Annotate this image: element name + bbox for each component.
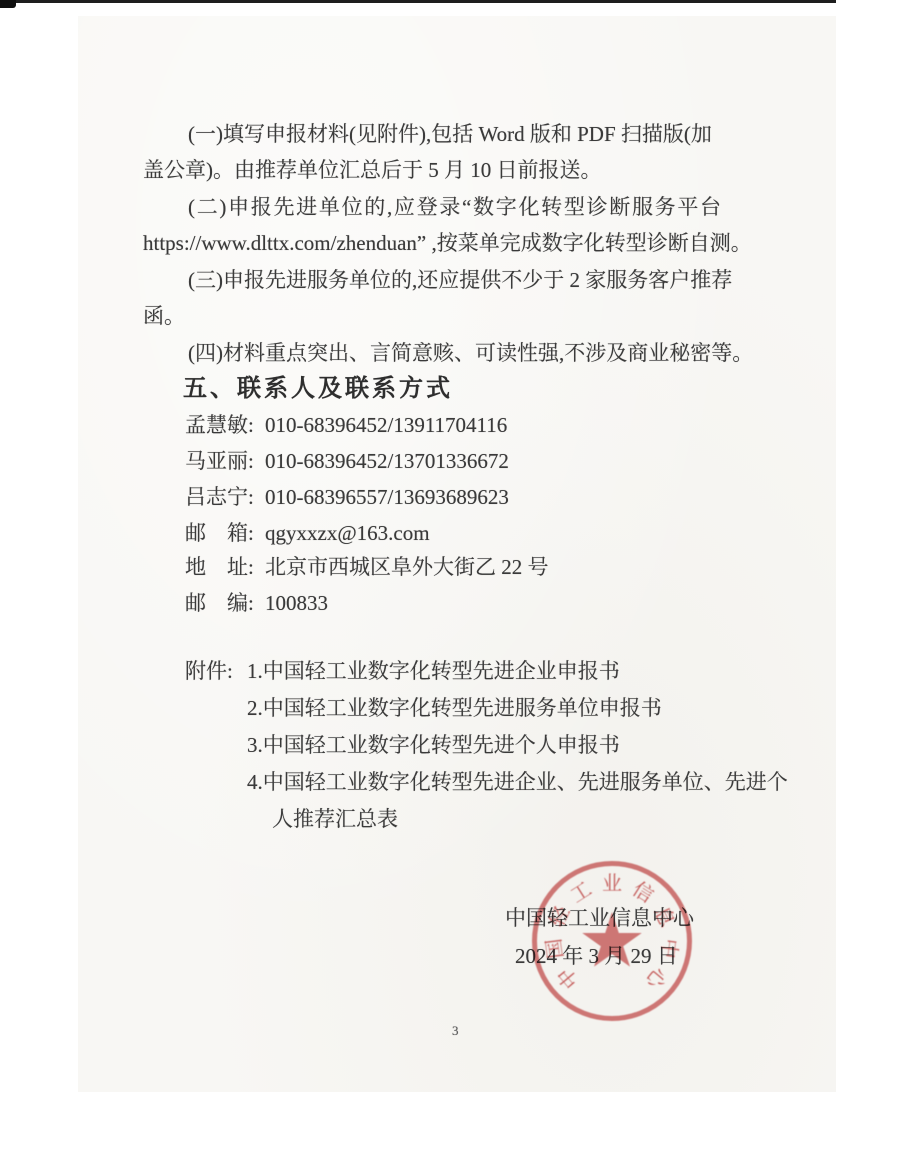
contact-line: 马亚丽:010-68396452/13701336672 (185, 448, 509, 474)
attachments-label: 附件: (185, 658, 233, 684)
attachment-item-4-line-1: 4.中国轻工业数字化转型先进企业、先进服务单位、先进个 (247, 769, 788, 795)
contact-line-address: 地 址:北京市西城区阜外大街乙 22 号 (185, 554, 549, 580)
scan-artifact-top-bar (0, 0, 836, 3)
seal-arc-char: 中 (656, 936, 681, 961)
contact-line-email: 邮 箱:qgyxxzx@163.com (185, 520, 430, 546)
seal-arc-char: 国 (543, 936, 568, 961)
attachment-item-4-line-2: 人推荐汇总表 (272, 806, 398, 832)
contact-line: 孟慧敏:010-68396452/13911704116 (185, 412, 507, 438)
seal-arc-char: 业 (601, 873, 623, 895)
para-4: (四)材料重点突出、言简意赅、可读性强,不涉及商业秘密等。 (188, 340, 753, 366)
contact-line-postcode: 邮 编:100833 (185, 590, 328, 616)
page-number: 3 (452, 1018, 459, 1044)
contact-name: 孟慧敏: (185, 412, 265, 438)
scanned-document-page: (一)填写申报材料(见附件),包括 Word 版和 PDF 扫描版(加 盖公章)… (0, 0, 912, 1152)
contact-line: 吕志宁:010-68396557/13693689623 (185, 484, 509, 510)
postcode-label: 邮 编: (185, 590, 265, 616)
para-3-line-1: (三)申报先进服务单位的,还应提供不少于 2 家服务客户推荐 (188, 267, 732, 293)
para-3-line-2: 函。 (143, 303, 185, 329)
contact-name: 吕志宁: (185, 484, 265, 510)
para-2-line-2-url: https://www.dlttx.com/zhenduan” ,按菜单完成数字… (143, 230, 752, 256)
scan-artifact-corner-blob (0, 0, 16, 8)
para-2-line-1: (二)申报先进单位的,应登录“数字化转型诊断服务平台 (188, 194, 723, 220)
attachment-item-3: 3.中国轻工业数字化转型先进个人申报书 (247, 732, 620, 758)
contact-name: 马亚丽: (185, 448, 265, 474)
contact-phone: 010-68396452/13701336672 (265, 449, 509, 473)
contact-phone: 010-68396452/13911704116 (265, 413, 507, 437)
official-red-seal: 中国轻工业信息中心 (532, 861, 692, 1021)
address-value: 北京市西城区阜外大街乙 22 号 (265, 555, 549, 579)
email-label: 邮 箱: (185, 520, 265, 546)
address-label: 地 址: (185, 554, 265, 580)
email-value: qgyxxzx@163.com (265, 521, 430, 545)
postcode-value: 100833 (265, 591, 328, 615)
attachment-item-1: 1.中国轻工业数字化转型先进企业申报书 (247, 658, 620, 684)
para-1-line-2: 盖公章)。由推荐单位汇总后于 5 月 10 日前报送。 (143, 157, 602, 183)
contact-phone: 010-68396557/13693689623 (265, 485, 509, 509)
para-1-line-1: (一)填写申报材料(见附件),包括 Word 版和 PDF 扫描版(加 (188, 121, 712, 147)
section-5-heading: 五、联系人及联系方式 (183, 376, 453, 402)
attachment-item-2: 2.中国轻工业数字化转型先进服务单位申报书 (247, 695, 662, 721)
